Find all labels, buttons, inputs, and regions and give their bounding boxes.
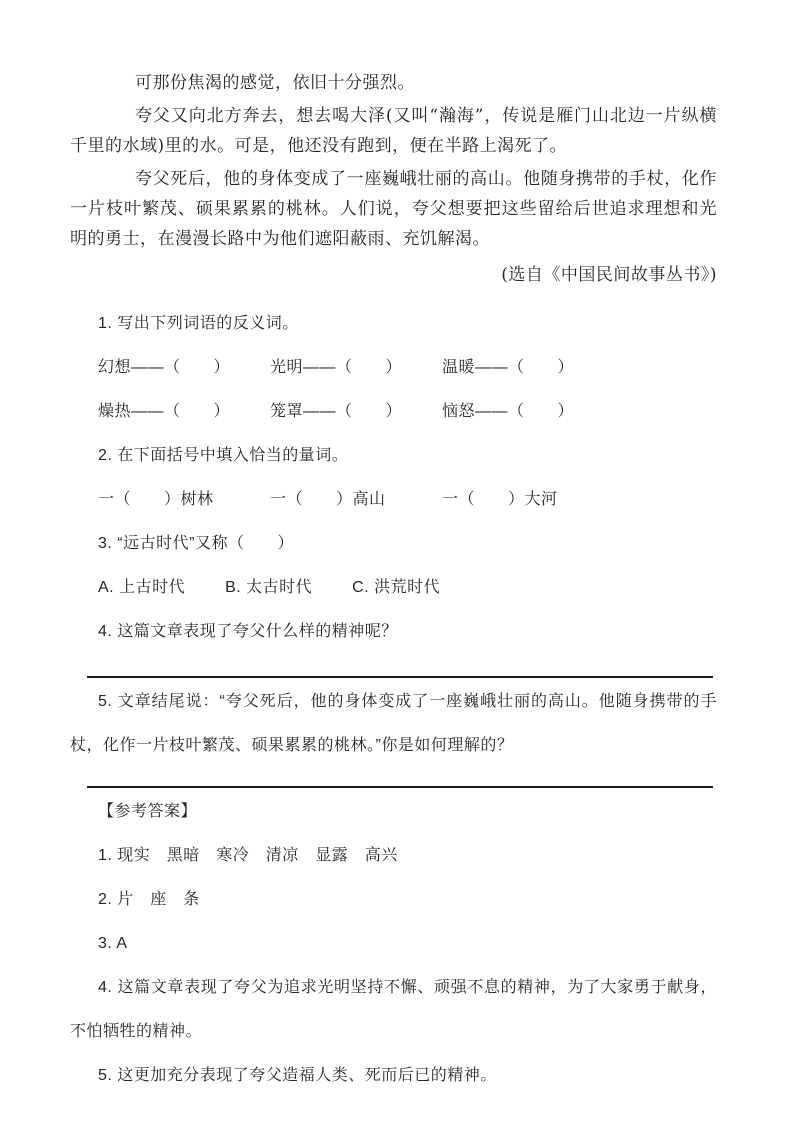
antonym-blank-huanxiang: 幻想——（ ） — [98, 346, 270, 390]
measure-blank-dahe: 一（ ）大河 — [442, 478, 614, 522]
question-4-title: 4. 这篇文章表现了夸父什么样的精神呢？ — [70, 610, 717, 654]
option-b: B. 太古时代 — [225, 566, 312, 610]
passage-paragraph-3: 夸父死后，他的身体变成了一座巍峨壮丽的高山。他随身携带的手杖，化作一片枝叶繁茂、… — [70, 164, 717, 254]
antonym-blank-zaore: 燥热——（ ） — [98, 390, 270, 434]
option-a: A. 上古时代 — [98, 566, 185, 610]
antonym-blank-naonu: 恼怒——（ ） — [442, 390, 614, 434]
divider-line-top — [87, 676, 713, 678]
antonym-blank-guangming: 光明——（ ） — [270, 346, 442, 390]
question-3-options: A. 上古时代 B. 太古时代 C. 洪荒时代 — [70, 566, 717, 610]
source-attribution: (选自《中国民间故事丛书》) — [70, 260, 717, 290]
worksheet-page: 可那份焦渴的感觉，依旧十分强烈。 夸父又向北方奔去，想去喝大泽(又叫“瀚海”，传… — [0, 0, 793, 1122]
antonym-blank-wennuan: 温暖——（ ） — [442, 346, 614, 390]
measure-word-row: 一（ ）树林 一（ ）高山 一（ ）大河 — [70, 478, 717, 522]
measure-blank-shulin: 一（ ）树林 — [98, 478, 270, 522]
answer-2: 2. 片 座 条 — [70, 878, 717, 922]
divider-line-bottom — [87, 786, 713, 788]
answer-1: 1. 现实 黑暗 寒冷 清凉 显露 高兴 — [70, 834, 717, 878]
answer-3: 3. A — [70, 922, 717, 966]
questions-section: 1. 写出下列词语的反义词。 幻想——（ ） 光明——（ ） 温暖——（ ） 燥… — [70, 302, 717, 788]
question-1-title: 1. 写出下列词语的反义词。 — [70, 302, 717, 346]
answer-4: 4. 这篇文章表现了夸父为追求光明坚持不懈、顽强不息的精神，为了大家勇于献身，不… — [70, 966, 717, 1054]
question-5-title: 5. 文章结尾说：“夸父死后，他的身体变成了一座巍峨壮丽的高山。他随身携带的手杖… — [70, 680, 717, 768]
antonym-row-2: 燥热——（ ） 笼罩——（ ） 恼怒——（ ） — [70, 390, 717, 434]
answers-section: 【参考答案】 1. 现实 黑暗 寒冷 清凉 显露 高兴 2. 片 座 条 3. … — [70, 790, 717, 1098]
passage-paragraph-1: 可那份焦渴的感觉，依旧十分强烈。 — [70, 68, 717, 98]
question-2-title: 2. 在下面括号中填入恰当的量词。 — [70, 434, 717, 478]
question-3-title: 3. “远古时代”又称（ ） — [70, 522, 717, 566]
passage-paragraph-2: 夸父又向北方奔去，想去喝大泽(又叫“瀚海”，传说是雁门山北边一片纵横千里的水域)… — [70, 101, 717, 161]
antonym-blank-longzhao: 笼罩——（ ） — [270, 390, 442, 434]
antonym-row-1: 幻想——（ ） 光明——（ ） 温暖——（ ） — [70, 346, 717, 390]
option-c: C. 洪荒时代 — [352, 566, 440, 610]
measure-blank-gaoshan: 一（ ）高山 — [270, 478, 442, 522]
answer-5: 5. 这更加充分表现了夸父造福人类、死而后已的精神。 — [70, 1054, 717, 1098]
story-passage: 可那份焦渴的感觉，依旧十分强烈。 夸父又向北方奔去，想去喝大泽(又叫“瀚海”，传… — [70, 68, 717, 290]
answers-header: 【参考答案】 — [70, 790, 717, 834]
